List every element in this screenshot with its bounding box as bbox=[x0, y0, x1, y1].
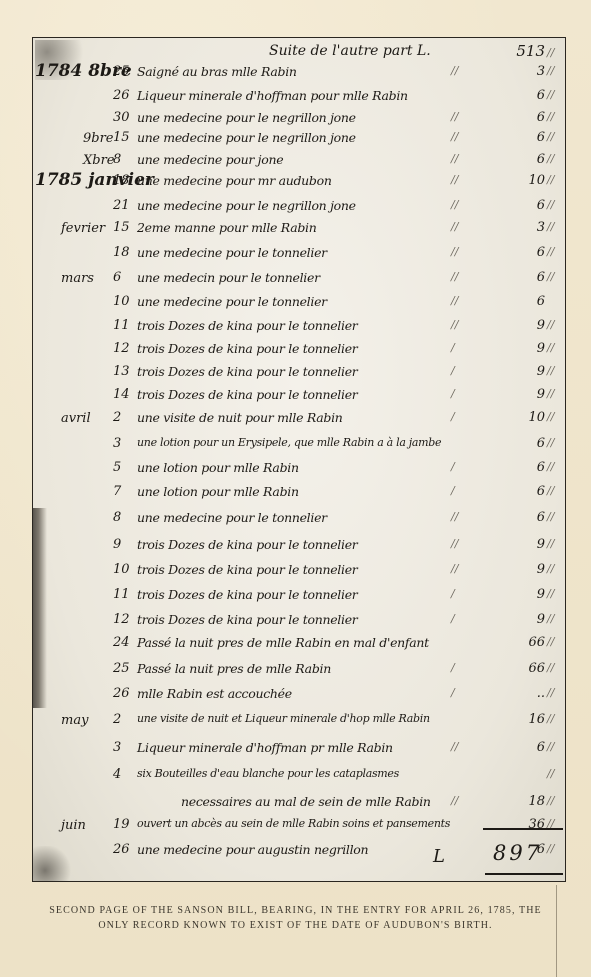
entry-amount: 3 bbox=[501, 64, 545, 79]
entry-sols: // bbox=[547, 64, 554, 77]
entry-amount: 9 bbox=[501, 537, 545, 552]
entry-description: ouvert un abcès au sein de mlle Rabin so… bbox=[137, 817, 450, 830]
ledger-row: 24 Passé la nuit pres de mlle Rabin en m… bbox=[33, 635, 565, 657]
ledger-row: 13 trois Dozes de kina pour le tonnelier… bbox=[33, 364, 565, 386]
entry-tick-mark: / bbox=[451, 612, 455, 625]
entry-sols: // bbox=[547, 460, 554, 473]
entry-description: necessaires au mal de sein de mlle Rabin bbox=[181, 794, 431, 809]
entry-description: une medecine pour le tonnelier bbox=[137, 294, 327, 309]
entry-amount: 9 bbox=[501, 587, 545, 602]
entry-description: une visite de nuit et Liqueur minerale d… bbox=[137, 712, 430, 725]
entry-amount: 6 bbox=[501, 245, 545, 260]
entry-amount: 9 bbox=[501, 612, 545, 627]
entry-sols: // bbox=[547, 712, 554, 725]
ledger-row: 11 trois Dozes de kina pour le tonnelier… bbox=[33, 318, 565, 340]
entry-tick-mark: // bbox=[451, 270, 458, 283]
entry-day: 14 bbox=[113, 387, 130, 402]
entry-day: 11 bbox=[113, 587, 130, 602]
ledger-row: 10 trois Dozes de kina pour le tonnelier… bbox=[33, 562, 565, 584]
entry-amount: 6 bbox=[501, 198, 545, 213]
entry-amount: 6 bbox=[501, 484, 545, 499]
bill-facsimile-plate: Suite de l'autre part L. 513 // 1784 8br… bbox=[32, 37, 566, 882]
entry-amount: .. bbox=[501, 686, 545, 701]
entry-day: 2 bbox=[113, 712, 121, 727]
entry-day: 9 bbox=[113, 537, 121, 552]
entry-tick-mark: // bbox=[451, 173, 458, 186]
entry-day: 26 bbox=[113, 88, 130, 103]
entry-description: trois Dozes de kina pour le tonnelier bbox=[137, 341, 357, 356]
month-label: Xbre bbox=[83, 153, 114, 168]
month-label: may bbox=[61, 713, 88, 728]
total-amount: 897 bbox=[493, 841, 542, 865]
entry-day: 26 bbox=[113, 686, 130, 701]
entry-sols: // bbox=[547, 198, 554, 211]
ledger-row: may 2 une visite de nuit et Liqueur mine… bbox=[33, 712, 565, 734]
entry-tick-mark: // bbox=[451, 294, 458, 307]
entry-description: Passé la nuit pres de mlle Rabin en mal … bbox=[137, 635, 429, 650]
ledger-row: 1784 8bre 25 Saigné au bras mlle Rabin /… bbox=[33, 64, 565, 86]
ledger-row: 7 une lotion pour mlle Rabin / 6 // bbox=[33, 484, 565, 506]
entry-day: 30 bbox=[113, 110, 130, 125]
entry-amount: 16 bbox=[501, 712, 545, 727]
ledger-row: 25 Passé la nuit pres de mlle Rabin / 66… bbox=[33, 661, 565, 683]
entry-day: 26 bbox=[113, 842, 130, 857]
ledger-row: 26 Liqueur minerale d'hoffman pour mlle … bbox=[33, 88, 565, 110]
entry-sols: // bbox=[547, 152, 554, 165]
entry-sols: // bbox=[547, 110, 554, 123]
entry-amount: 9 bbox=[501, 318, 545, 333]
entry-day: 19 bbox=[113, 817, 130, 832]
entry-sols: // bbox=[547, 562, 554, 575]
entry-sols: // bbox=[547, 245, 554, 258]
entry-description: une medecine pour le tonnelier bbox=[137, 245, 327, 260]
entry-day: 24 bbox=[113, 635, 130, 650]
entry-amount: 6 bbox=[501, 130, 545, 145]
month-label: fevrier bbox=[61, 221, 105, 236]
entry-amount: 9 bbox=[501, 562, 545, 577]
entry-description: Saigné au bras mlle Rabin bbox=[137, 64, 297, 79]
entry-tick-mark: // bbox=[451, 510, 458, 523]
ledger-row: 30 une medecine pour le negrillon jone /… bbox=[33, 110, 565, 132]
ledger-row: necessaires au mal de sein de mlle Rabin… bbox=[33, 794, 565, 816]
entry-sols: // bbox=[547, 635, 554, 648]
entry-sols: // bbox=[547, 740, 554, 753]
entry-tick-mark: / bbox=[451, 484, 455, 497]
entry-sols: // bbox=[547, 436, 554, 449]
entry-amount: 6 bbox=[501, 436, 545, 451]
entry-tick-mark: / bbox=[451, 686, 455, 699]
entry-description: trois Dozes de kina pour le tonnelier bbox=[137, 364, 357, 379]
entry-sols: // bbox=[547, 173, 554, 186]
entry-sols: // bbox=[547, 510, 554, 523]
entry-description: trois Dozes de kina pour le tonnelier bbox=[137, 587, 357, 602]
entry-tick-mark: // bbox=[451, 537, 458, 550]
entry-tick-mark: / bbox=[451, 460, 455, 473]
figure-caption: Second page of the Sanson bill, bearing,… bbox=[20, 903, 571, 933]
entry-amount: 66 bbox=[501, 661, 545, 676]
entry-description: trois Dozes de kina pour le tonnelier bbox=[137, 612, 357, 627]
entry-day: 7 bbox=[113, 484, 121, 499]
caption-line-1: Second page of the Sanson bill, bearing,… bbox=[20, 903, 571, 918]
entry-sols: // bbox=[547, 130, 554, 143]
entry-amount: 9 bbox=[501, 387, 545, 402]
entry-amount: 66 bbox=[501, 635, 545, 650]
entry-day: 8 bbox=[113, 510, 121, 525]
entry-amount: 6 bbox=[501, 510, 545, 525]
entry-sols: // bbox=[547, 270, 554, 283]
entry-day: 2 bbox=[113, 410, 121, 425]
entry-description: six Bouteilles d'eau blanche pour les ca… bbox=[137, 767, 399, 780]
entry-day: 18 bbox=[113, 173, 130, 188]
entry-amount: 10 bbox=[501, 410, 545, 425]
entry-sols: // bbox=[547, 484, 554, 497]
ledger-row: 5 une lotion pour mlle Rabin / 6 // bbox=[33, 460, 565, 482]
entry-day: 15 bbox=[113, 220, 130, 235]
ledger-row: mars 6 une medecin pour le tonnelier // … bbox=[33, 270, 565, 292]
ledger-row: 26 mlle Rabin est accouchée / .. // bbox=[33, 686, 565, 708]
ledger-row: 11 trois Dozes de kina pour le tonnelier… bbox=[33, 587, 565, 609]
entry-day: 10 bbox=[113, 562, 130, 577]
ledger-row: 18 une medecine pour le tonnelier // 6 /… bbox=[33, 245, 565, 267]
entry-amount: 6 bbox=[501, 88, 545, 103]
entry-sols: // bbox=[547, 318, 554, 331]
entry-day: 4 bbox=[113, 767, 121, 782]
entry-day: 3 bbox=[113, 740, 121, 755]
entry-tick-mark: // bbox=[451, 318, 458, 331]
entry-description: une medecine pour augustin negrillon bbox=[137, 842, 368, 857]
ledger-row: 21 une medecine pour le negrillon jone /… bbox=[33, 198, 565, 220]
entry-description: une medecine pour le negrillon jone bbox=[137, 130, 356, 145]
ledger-row: 9bre 15 une medecine pour le negrillon j… bbox=[33, 130, 565, 152]
entry-sols: // bbox=[547, 364, 554, 377]
ledger-row: 3 une lotion pour un Erysipele, que mlle… bbox=[33, 436, 565, 458]
entry-description: Liqueur minerale d'hoffman pour mlle Rab… bbox=[137, 88, 408, 103]
entry-tick-mark: // bbox=[451, 220, 458, 233]
ledger-row: 10 une medecine pour le tonnelier // 6 bbox=[33, 294, 565, 316]
entry-description: mlle Rabin est accouchée bbox=[137, 686, 292, 701]
entry-tick-mark: // bbox=[451, 198, 458, 211]
entry-day: 6 bbox=[113, 270, 121, 285]
entry-amount: 6 bbox=[501, 152, 545, 167]
carried-forward-sols: // bbox=[547, 46, 554, 59]
entry-amount: 6 bbox=[501, 740, 545, 755]
entry-description: trois Dozes de kina pour le tonnelier bbox=[137, 387, 357, 402]
ledger-row: 8 une medecine pour le tonnelier // 6 // bbox=[33, 510, 565, 532]
ledger-row: 4 six Bouteilles d'eau blanche pour les … bbox=[33, 767, 565, 789]
entry-sols: // bbox=[547, 767, 554, 780]
ledger-row: 3 Liqueur minerale d'hoffman pr mlle Rab… bbox=[33, 740, 565, 762]
ledger-row: 12 trois Dozes de kina pour le tonnelier… bbox=[33, 612, 565, 634]
entry-description: une medecine pour le negrillon jone bbox=[137, 110, 356, 125]
entry-tick-mark: // bbox=[451, 64, 458, 77]
total-currency-symbol: L bbox=[433, 846, 445, 867]
entry-amount: 6 bbox=[501, 110, 545, 125]
entry-sols: // bbox=[547, 686, 554, 699]
entry-tick-mark: / bbox=[451, 341, 455, 354]
entry-tick-mark: / bbox=[451, 661, 455, 674]
entry-tick-mark: // bbox=[451, 562, 458, 575]
entry-description: une medecine pour le negrillon jone bbox=[137, 198, 356, 213]
entry-amount: 6 bbox=[501, 270, 545, 285]
carried-forward-amount: 513 bbox=[501, 42, 545, 60]
entry-day: 8 bbox=[113, 152, 121, 167]
entry-description: une lotion pour mlle Rabin bbox=[137, 460, 299, 475]
entry-description: trois Dozes de kina pour le tonnelier bbox=[137, 537, 357, 552]
entry-sols: // bbox=[547, 410, 554, 423]
entry-tick-mark: / bbox=[451, 364, 455, 377]
entry-amount: 6 bbox=[501, 460, 545, 475]
month-label: juin bbox=[61, 818, 86, 833]
entry-description: une medecin pour le tonnelier bbox=[137, 270, 320, 285]
entry-amount: 10 bbox=[501, 173, 545, 188]
entry-description: une medecine pour le tonnelier bbox=[137, 510, 327, 525]
entry-sols: // bbox=[547, 88, 554, 101]
entry-description: une visite de nuit pour mlle Rabin bbox=[137, 410, 343, 425]
entry-description: une medecine pour jone bbox=[137, 152, 283, 167]
entry-day: 10 bbox=[113, 294, 130, 309]
ledger-row: avril 2 une visite de nuit pour mlle Rab… bbox=[33, 410, 565, 432]
ledger-row: 9 trois Dozes de kina pour le tonnelier … bbox=[33, 537, 565, 559]
ledger-row: fevrier 15 2eme manne pour mlle Rabin //… bbox=[33, 220, 565, 242]
entry-description: une medecine pour mr audubon bbox=[137, 173, 332, 188]
entry-day: 13 bbox=[113, 364, 130, 379]
entry-description: une lotion pour un Erysipele, que mlle R… bbox=[137, 436, 441, 449]
entry-sols: // bbox=[547, 612, 554, 625]
entry-amount: 9 bbox=[501, 364, 545, 379]
entry-amount: 6 bbox=[501, 294, 545, 309]
entry-sols: // bbox=[547, 387, 554, 400]
entry-amount: 18 bbox=[501, 794, 545, 809]
entry-day: 18 bbox=[113, 245, 130, 260]
entry-day: 21 bbox=[113, 198, 130, 213]
entry-tick-mark: // bbox=[451, 152, 458, 165]
entry-description: 2eme manne pour mlle Rabin bbox=[137, 220, 317, 235]
entry-tick-mark: / bbox=[451, 587, 455, 600]
month-label: avril bbox=[61, 411, 91, 426]
entry-day: 12 bbox=[113, 612, 130, 627]
entry-day: 5 bbox=[113, 460, 121, 475]
entry-day: 25 bbox=[113, 64, 130, 79]
entry-sols: // bbox=[547, 537, 554, 550]
entry-tick-mark: // bbox=[451, 794, 458, 807]
ledger-row: 1785 janvier 18 une medecine pour mr aud… bbox=[33, 173, 565, 195]
entry-description: trois Dozes de kina pour le tonnelier bbox=[137, 318, 357, 333]
ledger-row: 12 trois Dozes de kina pour le tonnelier… bbox=[33, 341, 565, 363]
entry-sols: // bbox=[547, 661, 554, 674]
entry-day: 12 bbox=[113, 341, 130, 356]
entry-tick-mark: / bbox=[451, 410, 455, 423]
entry-description: Liqueur minerale d'hoffman pr mlle Rabin bbox=[137, 740, 393, 755]
entry-sols: // bbox=[547, 220, 554, 233]
entry-tick-mark: // bbox=[451, 110, 458, 123]
caption-line-2: only record known to exist of the date o… bbox=[20, 918, 571, 933]
ledger-row: 26 une medecine pour augustin negrillon … bbox=[33, 842, 565, 864]
entry-day: 11 bbox=[113, 318, 130, 333]
entry-day: 25 bbox=[113, 661, 130, 676]
entry-description: une lotion pour mlle Rabin bbox=[137, 484, 299, 499]
total-rule-bottom bbox=[485, 873, 563, 875]
entry-amount: 3 bbox=[501, 220, 545, 235]
ledger-row: 14 trois Dozes de kina pour le tonnelier… bbox=[33, 387, 565, 409]
entry-sols: // bbox=[547, 842, 554, 855]
entry-sols: // bbox=[547, 341, 554, 354]
entry-amount: 36 bbox=[501, 817, 545, 832]
month-label: 9bre bbox=[83, 131, 114, 146]
entry-tick-mark: // bbox=[451, 740, 458, 753]
entry-sols: // bbox=[547, 794, 554, 807]
entry-sols: // bbox=[547, 587, 554, 600]
total-rule-top bbox=[483, 828, 563, 830]
entry-tick-mark: // bbox=[451, 130, 458, 143]
entry-amount: 9 bbox=[501, 341, 545, 356]
entry-description: trois Dozes de kina pour le tonnelier bbox=[137, 562, 357, 577]
entry-tick-mark: // bbox=[451, 245, 458, 258]
carried-forward-label: Suite de l'autre part L. bbox=[269, 43, 431, 59]
entry-day: 3 bbox=[113, 436, 121, 451]
entry-day: 15 bbox=[113, 130, 130, 145]
entry-tick-mark: / bbox=[451, 387, 455, 400]
entry-description: Passé la nuit pres de mlle Rabin bbox=[137, 661, 331, 676]
month-label: mars bbox=[61, 271, 94, 286]
